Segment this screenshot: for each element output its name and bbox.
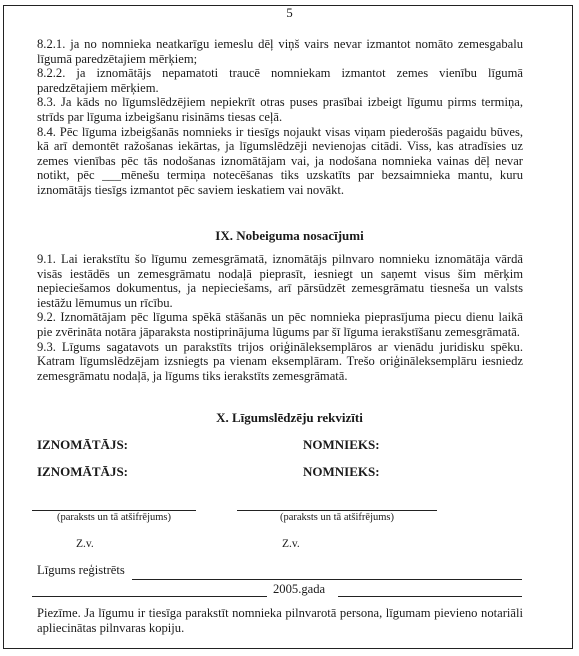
note: Piezīme. Ja līgumu ir tiesīga parakstīt … — [37, 606, 523, 635]
page-number: 5 — [0, 5, 579, 20]
clause-9-2: 9.2. Iznomātājam pēc līguma spēkā stāšan… — [37, 310, 523, 339]
lessee-signature-caption: (paraksts un tā atšifrējums) — [237, 512, 437, 524]
lessor-signature-caption: (paraksts un tā atšifrējums) — [32, 512, 196, 524]
date-line-right — [338, 596, 522, 597]
lessor-signature-line — [32, 510, 196, 511]
clause-8-2-1: 8.2.1. ja no nomnieka neatkarīgu iemeslu… — [37, 37, 523, 66]
clause-9-1: 9.1. Lai ierakstītu šo līgumu zemesgrāma… — [37, 252, 523, 310]
date-line-left — [32, 596, 267, 597]
lessee-signature-line — [237, 510, 437, 511]
clause-8-4: 8.4. Pēc līguma izbeigšanās nomnieks ir … — [37, 125, 523, 198]
registration-year: 2005.gada — [273, 582, 325, 596]
note-text: Piezīme. Ja līgumu ir tiesīga parakstīt … — [37, 606, 523, 635]
section-8-body: 8.2.1. ja no nomnieka neatkarīgu iemeslu… — [37, 37, 523, 198]
clause-9-3: 9.3. Līgums sagatavots un parakstīts tri… — [37, 340, 523, 384]
clause-8-3: 8.3. Ja kāds no līgumslēdzējiem nepiekrī… — [37, 95, 523, 124]
lessor-label-2: IZNOMĀTĀJS: — [37, 464, 128, 479]
lessee-seal-mark: Z.v. — [282, 537, 300, 551]
section-10-heading: X. Līgumslēdzēju rekvizīti — [0, 410, 579, 425]
lessee-label: NOMNIEKS: — [303, 437, 380, 452]
section-9-body: 9.1. Lai ierakstītu šo līgumu zemesgrāma… — [37, 252, 523, 383]
section-9-heading: IX. Nobeiguma nosacījumi — [0, 228, 579, 243]
registered-label: Līgums reģistrēts — [37, 563, 125, 577]
lessee-label-2: NOMNIEKS: — [303, 464, 380, 479]
registration-line — [132, 579, 522, 580]
lessor-label: IZNOMĀTĀJS: — [37, 437, 128, 452]
lessor-seal-mark: Z.v. — [76, 537, 94, 551]
clause-8-2-2: 8.2.2. ja iznomātājs nepamatoti traucē n… — [37, 66, 523, 95]
